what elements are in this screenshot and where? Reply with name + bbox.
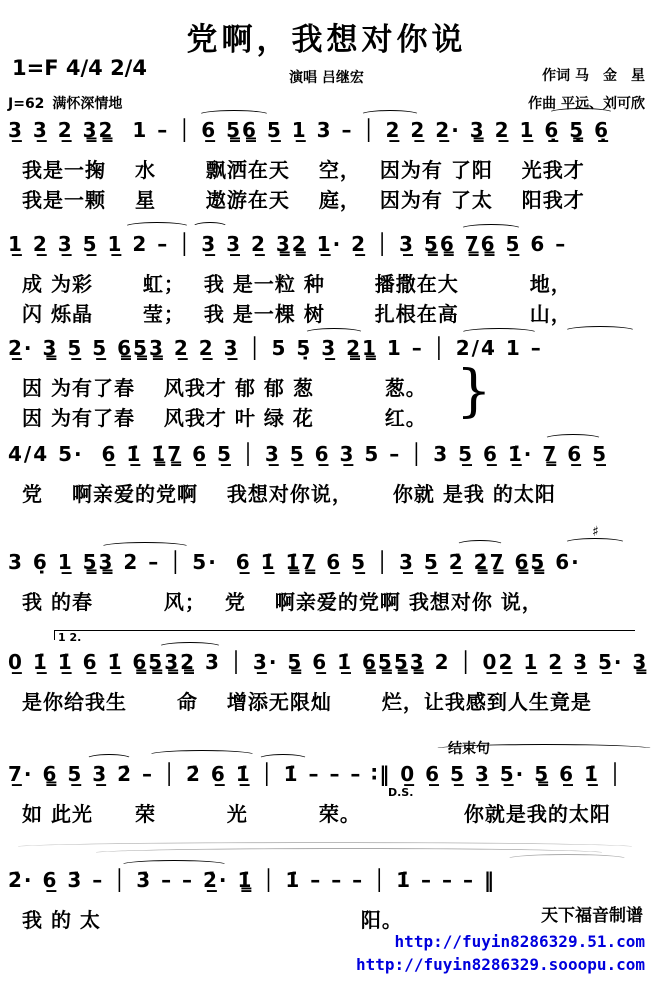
volta-bracket: 1 2. (54, 630, 635, 640)
lyrics-line: 因 为有了春 风我才 郁 郁 葱 葱。 (22, 372, 427, 401)
notation-line: 4/4 5· 6̲ 1̲̇ 1̳̇7̳ 6̲ 5̲ │ 3̲ 5̲ 6̲ 3̲ … (8, 442, 647, 466)
annotation-text: ♯ (592, 524, 599, 540)
lyricist-credit: 作词 马 金 星 (528, 62, 645, 90)
lyrics-line: 我 的春 风； 党 啊亲爱的党啊 我想对你 说， (22, 586, 543, 615)
slur-arc (564, 326, 636, 336)
notation-system: 1 2.0̲ 1̲̇ 1̲̇ 6̲ 1̲̇ 6̳5̳3̳2̳ 3 │ 3̲· 5… (8, 650, 647, 750)
volta-label: 1 2. (58, 631, 81, 644)
slur-arc (456, 540, 504, 550)
notation-line: 0̲ 1̲̇ 1̲̇ 6̲ 1̲̇ 6̳5̳3̳2̳ 3 │ 3̲· 5̳ 6̲… (8, 650, 647, 674)
footer-url-link-1[interactable]: http://fuyin8286329.51.com (395, 932, 645, 951)
notation-line: 3̲ 3̲ 2̲ 3̳2̳ 1 – │ 6̲ 5̳6̳ 5̲ 1̲ 3 – │ … (8, 118, 647, 142)
lyrics-line: 成 为彩 虹； 我 是一粒 种 播撒在大 地， (22, 268, 572, 297)
lyrics-line: 如 此光 荣 光 荣。 你就是我的太阳 (22, 798, 611, 827)
notation-line: 2̇· 6̲ 3̇ – │ 3̇ – – 2̲̇· 1̳̇ │ 1̇ – – –… (8, 868, 647, 892)
slur-arc (124, 222, 190, 232)
annotation-text: 结束句 (448, 738, 490, 758)
song-title: 党啊，我想对你说 (0, 14, 653, 59)
lyrics-brace: } (456, 364, 492, 420)
lyrics-line: 我是一掬 水 飘洒在天 空， 因为有 了阳 光我才 (22, 154, 585, 183)
sheet-music-page: 党啊，我想对你说 演唱 吕继宏 1=F 4/4 2/4 J=62满怀深情地 作词… (0, 0, 653, 981)
lyrics-line: 是你给我生 命 增添无限灿 烂，让我感到人生竟是 (22, 686, 592, 715)
slur-arc (192, 222, 228, 232)
expression-marking: 满怀深情地 (52, 96, 122, 112)
notation-line: 7̲· 6̳ 5̲ 3̲ 2̇ – │ 2̇ 6̲ 1̲̇ │ 1̇ – – –… (8, 762, 647, 786)
lyrics-line: 闪 烁晶 莹； 我 是一棵 树 扎根在高 山， (22, 298, 572, 327)
lyrics-line: 因 为有了春 风我才 叶 绿 花 红。 (22, 402, 427, 431)
notation-system: 1̲ 2̲ 3̲ 5̲ 1̲ 2 – │ 3̲ 3̲ 2̲ 3̳2̳ 1̲· 2… (8, 232, 647, 332)
slur-arc (548, 108, 614, 118)
key-signature: 1=F 4/4 2/4 (12, 56, 147, 80)
slur-arc (506, 854, 628, 864)
tempo-expression-line: J=62满怀深情地 (8, 93, 130, 113)
notation-line: 3 6̣ 1̲ 5̳3̳ 2 – │ 5· 6̲ 1̲̇ 1̳̇7̳ 6̲ 5̲… (8, 550, 647, 574)
tempo-marking: J=62 (8, 96, 44, 112)
slur-arc (14, 842, 636, 852)
footer-url-link-2[interactable]: http://fuyin8286329.sooopu.com (356, 955, 645, 974)
lyrics-line: 我 的 太 阳。 (22, 904, 403, 933)
notation-system: 2̲· 3̳ 5̲ 5̲ 6̳5̳3̳ 2̲ 2̲ 3̲ │ 5 5̣ 3̲ 2… (8, 336, 647, 436)
publisher-credit: 天下福音制谱 (541, 901, 643, 926)
slur-arc (148, 750, 256, 760)
notation-system: 3̲ 3̲ 2̲ 3̳2̳ 1 – │ 6̲ 5̳6̳ 5̲ 1̲ 3 – │ … (8, 118, 647, 218)
notation-line: 2̲· 3̳ 5̲ 5̲ 6̳5̳3̳ 2̲ 2̲ 3̲ │ 5 5̣ 3̲ 2… (8, 336, 647, 360)
lyrics-line: 党 啊亲爱的党啊 我想对你说， 你就 是我 的太阳 (22, 478, 556, 507)
lyrics-line: 我是一颗 星 遨游在天 庭， 因为有 了太 阳我才 (22, 184, 585, 213)
notation-system: 4/4 5· 6̲ 1̲̇ 1̳̇7̳ 6̲ 5̲ │ 3̲ 5̲ 6̲ 3̲ … (8, 442, 647, 542)
notation-line: 1̲ 2̲ 3̲ 5̲ 1̲ 2 – │ 3̲ 3̲ 2̲ 3̳2̳ 1̲· 2… (8, 232, 647, 256)
